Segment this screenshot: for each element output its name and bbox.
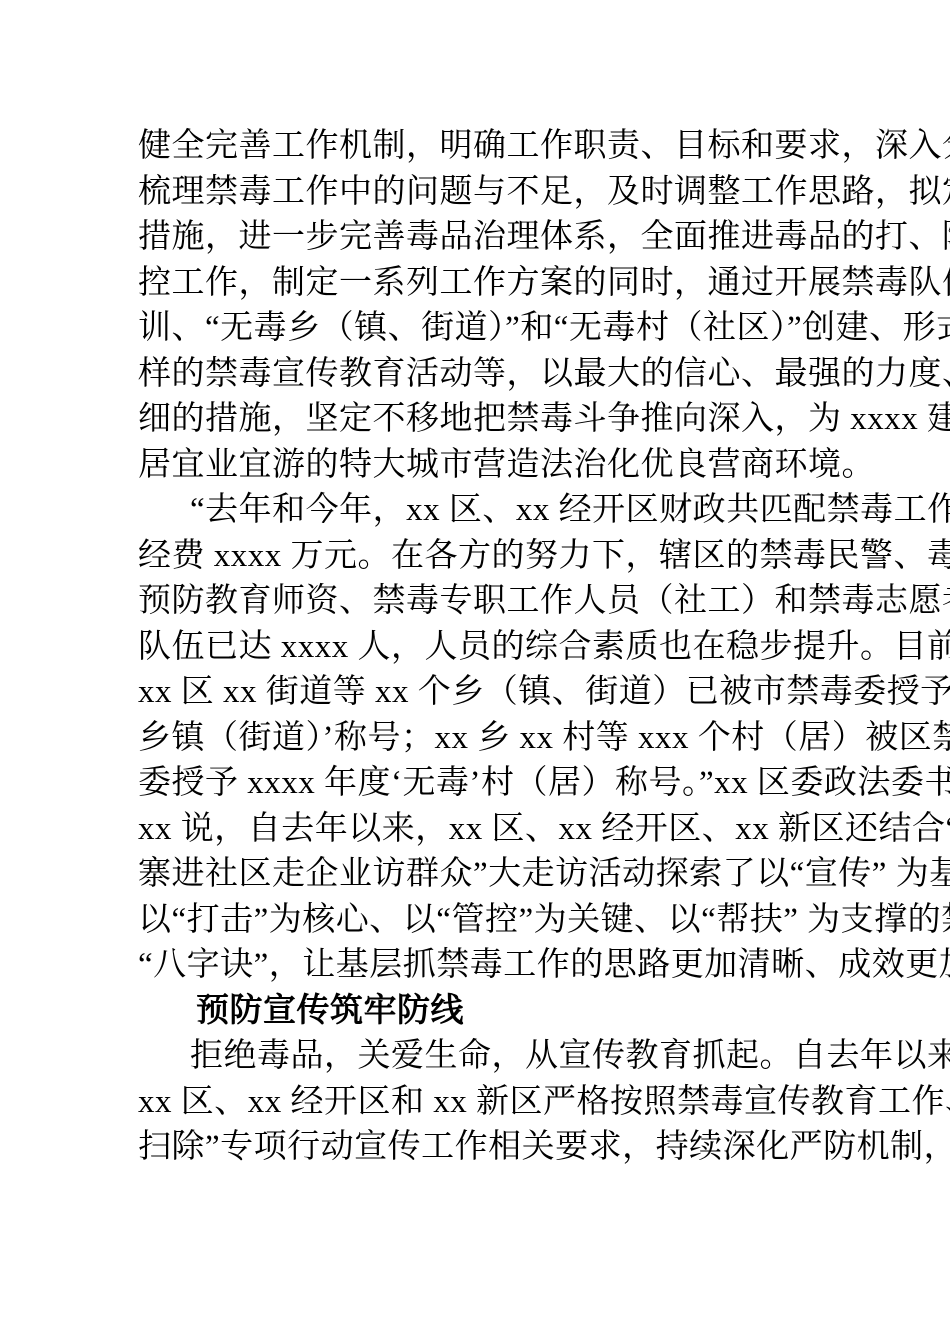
- text-line: 居宜业宜游的特大城市营造法治化优良营商环境。: [138, 443, 858, 489]
- document-text-block: 健全完善工作机制，明确工作职责、目标和要求，深入分析、 梳理禁毒工作中的问题与不…: [138, 124, 858, 1171]
- text-line: 乡镇（街道）’称号；xx 乡 xx 村等 xxx 个村（居）被区禁毒: [138, 716, 858, 762]
- text-line: 梳理禁毒工作中的问题与不足，及时调整工作思路，拟定整改: [138, 170, 858, 216]
- text-line: 队伍已达 xxxx 人，人员的综合素质也在稳步提升。目前，: [138, 625, 858, 671]
- text-line: 拒绝毒品，关爱生命，从宣传教育抓起。自去年以来，: [138, 1034, 858, 1080]
- text-line: 细的措施，坚定不移地把禁毒斗争推向深入，为 xxxx 建设宜: [138, 397, 858, 443]
- paragraph-2: “去年和今年，xx 区、xx 经开区财政共匹配禁毒工作 经费 xxxx 万元。在…: [138, 488, 858, 989]
- section-heading: 预防宣传筑牢防线: [138, 989, 858, 1035]
- text-line: 训、“无毒乡（镇、街道）”和“无毒村（社区）”创建、形式多: [138, 306, 858, 352]
- text-line: 寨进社区走企业访群众”大走访活动探索了以“宣传” 为基础、: [138, 852, 858, 898]
- text-line: “去年和今年，xx 区、xx 经开区财政共匹配禁毒工作: [138, 488, 858, 534]
- text-line: xx 区 xx 街道等 xx 个乡（镇、街道）已被市禁毒委授予‘无毒: [138, 670, 858, 716]
- text-line: 扫除”专项行动宣传工作相关要求，持续深化严防机制，健: [138, 1125, 858, 1171]
- text-line: 委授予 xxxx 年度‘无毒’村（居）称号。”xx 区委政法委书记: [138, 761, 858, 807]
- text-line: 经费 xxxx 万元。在各方的努力下，辖区的禁毒民警、毒品: [138, 534, 858, 580]
- text-line: xx 说，自去年以来，xx 区、xx 经开区、xx 新区还结合“入村: [138, 807, 858, 853]
- text-line: “八字诀”，让基层抓禁毒工作的思路更加清晰、成效更加彰显。: [138, 943, 858, 989]
- text-line: 以“打击”为核心、以“管控”为关键、以“帮扶” 为支撑的禁毒工作: [138, 898, 858, 944]
- text-line: 控工作，制定一系列工作方案的同时，通过开展禁毒队伍培: [138, 261, 858, 307]
- text-line: xx 区、xx 经开区和 xx 新区严格按照禁毒宣传教育工作、“大: [138, 1080, 858, 1126]
- text-line: 健全完善工作机制，明确工作职责、目标和要求，深入分析、: [138, 124, 858, 170]
- text-line: 预防教育师资、禁毒专职工作人员（社工）和禁毒志愿者等: [138, 579, 858, 625]
- text-line: 措施，进一步完善毒品治理体系，全面推进毒品的打、防、 管、: [138, 215, 858, 261]
- paragraph-1: 健全完善工作机制，明确工作职责、目标和要求，深入分析、 梳理禁毒工作中的问题与不…: [138, 124, 858, 488]
- paragraph-3: 拒绝毒品，关爱生命，从宣传教育抓起。自去年以来， xx 区、xx 经开区和 xx…: [138, 1034, 858, 1171]
- document-page: 健全完善工作机制，明确工作职责、目标和要求，深入分析、 梳理禁毒工作中的问题与不…: [0, 0, 950, 1344]
- text-line: 样的禁毒宣传教育活动等，以最大的信心、最强的力度、最: [138, 352, 858, 398]
